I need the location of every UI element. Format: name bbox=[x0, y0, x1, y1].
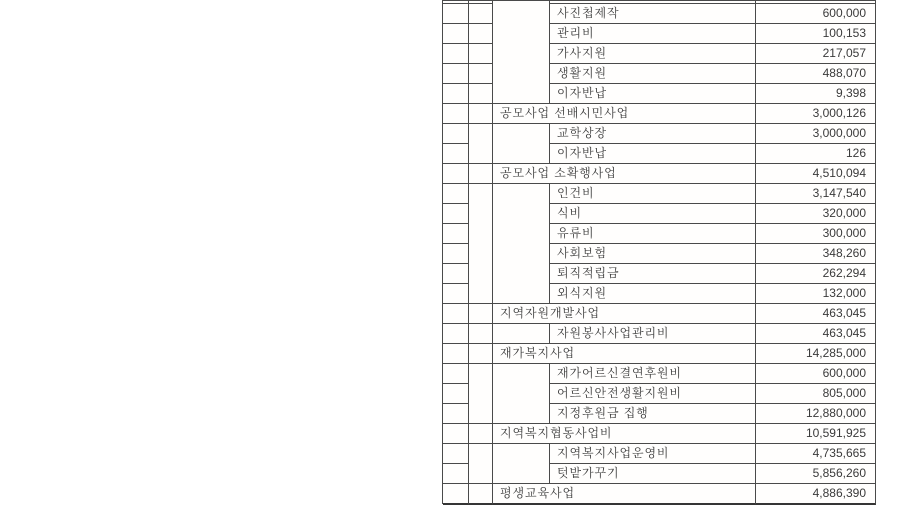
row-indent-cell-b bbox=[469, 164, 493, 184]
row-indent-cell-b bbox=[469, 144, 493, 164]
row-indent-cell-a bbox=[443, 464, 469, 484]
table-row: 어르신안전생활지원비805,000 bbox=[443, 384, 876, 404]
amount-cell: 9,398 bbox=[756, 84, 876, 104]
row-indent-cell-b bbox=[469, 204, 493, 224]
row-indent-cell-a bbox=[443, 244, 469, 264]
row-indent-cell-b bbox=[469, 84, 493, 104]
row-indent-cell-c bbox=[493, 324, 550, 344]
row-indent-cell-c bbox=[493, 44, 550, 64]
item-name-cell: 이자반납 bbox=[550, 84, 756, 104]
item-name-cell: 교학상장 bbox=[550, 124, 756, 144]
amount-cell: 320,000 bbox=[756, 204, 876, 224]
item-name-cell: 지정후원금 집행 bbox=[550, 404, 756, 424]
category-name-cell: 평생교육사업 bbox=[493, 484, 756, 505]
row-indent-cell-a bbox=[443, 484, 469, 505]
table-row: 이자반납126 bbox=[443, 144, 876, 164]
row-indent-cell-b bbox=[469, 344, 493, 364]
amount-cell: 5,856,260 bbox=[756, 464, 876, 484]
amount-cell: 300,000 bbox=[756, 224, 876, 244]
row-indent-cell-a bbox=[443, 264, 469, 284]
amount-cell: 3,000,000 bbox=[756, 124, 876, 144]
row-indent-cell-a bbox=[443, 404, 469, 424]
row-indent-cell-c bbox=[493, 224, 550, 244]
row-indent-cell-b bbox=[469, 364, 493, 384]
row-indent-cell-a bbox=[443, 384, 469, 404]
row-indent-cell-a bbox=[443, 424, 469, 444]
row-indent-cell-c bbox=[493, 144, 550, 164]
row-indent-cell-c bbox=[493, 384, 550, 404]
item-name-cell: 지역복지사업운영비 bbox=[550, 444, 756, 464]
budget-ledger-table: 사진첩제작600,000관리비100,153가사지원217,057생활지원488… bbox=[442, 0, 876, 504]
row-indent-cell-c bbox=[493, 84, 550, 104]
table-row: 식비320,000 bbox=[443, 204, 876, 224]
row-indent-cell-c bbox=[493, 4, 550, 24]
table-row: 사진첩제작600,000 bbox=[443, 4, 876, 24]
table-row: 유류비300,000 bbox=[443, 224, 876, 244]
row-indent-cell-b bbox=[469, 404, 493, 424]
row-indent-cell-a bbox=[443, 44, 469, 64]
row-indent-cell-b bbox=[469, 44, 493, 64]
amount-cell: 805,000 bbox=[756, 384, 876, 404]
item-name-cell: 관리비 bbox=[550, 24, 756, 44]
row-indent-cell-c bbox=[493, 284, 550, 304]
table-row: 관리비100,153 bbox=[443, 24, 876, 44]
amount-cell: 217,057 bbox=[756, 44, 876, 64]
table-row: 가사지원217,057 bbox=[443, 44, 876, 64]
table-row: 공모사업 소확행사업4,510,094 bbox=[443, 164, 876, 184]
category-name-cell: 지역복지협동사업비 bbox=[493, 424, 756, 444]
table-row: 지역복지협동사업비10,591,925 bbox=[443, 424, 876, 444]
amount-cell: 4,510,094 bbox=[756, 164, 876, 184]
table-row: 이자반납9,398 bbox=[443, 84, 876, 104]
row-indent-cell-b bbox=[469, 484, 493, 505]
row-indent-cell-a bbox=[443, 84, 469, 104]
table-row: 외식지원132,000 bbox=[443, 284, 876, 304]
table-row: 지역복지사업운영비4,735,665 bbox=[443, 444, 876, 464]
row-indent-cell-b bbox=[469, 464, 493, 484]
row-indent-cell-a bbox=[443, 284, 469, 304]
row-indent-cell-c bbox=[493, 404, 550, 424]
amount-cell: 463,045 bbox=[756, 304, 876, 324]
item-name-cell: 가사지원 bbox=[550, 44, 756, 64]
amount-cell: 126 bbox=[756, 144, 876, 164]
row-indent-cell-a bbox=[443, 364, 469, 384]
item-name-cell: 유류비 bbox=[550, 224, 756, 244]
row-indent-cell-a bbox=[443, 444, 469, 464]
row-indent-cell-b bbox=[469, 124, 493, 144]
row-indent-cell-b bbox=[469, 224, 493, 244]
item-name-cell: 이자반납 bbox=[550, 144, 756, 164]
row-indent-cell-c bbox=[493, 244, 550, 264]
amount-cell: 600,000 bbox=[756, 364, 876, 384]
row-indent-cell-c bbox=[493, 444, 550, 464]
amount-cell: 4,735,665 bbox=[756, 444, 876, 464]
row-indent-cell-a bbox=[443, 104, 469, 124]
row-indent-cell-b bbox=[469, 104, 493, 124]
row-indent-cell-b bbox=[469, 384, 493, 404]
amount-cell: 600,000 bbox=[756, 4, 876, 24]
row-indent-cell-a bbox=[443, 124, 469, 144]
category-name-cell: 지역자원개발사업 bbox=[493, 304, 756, 324]
amount-cell: 132,000 bbox=[756, 284, 876, 304]
item-name-cell: 사진첩제작 bbox=[550, 4, 756, 24]
row-indent-cell-c bbox=[493, 24, 550, 44]
row-indent-cell-a bbox=[443, 4, 469, 24]
scanned-document-page: 사진첩제작600,000관리비100,153가사지원217,057생활지원488… bbox=[0, 0, 920, 510]
amount-cell: 14,285,000 bbox=[756, 344, 876, 364]
item-name-cell: 외식지원 bbox=[550, 284, 756, 304]
row-indent-cell-c bbox=[493, 364, 550, 384]
item-name-cell: 퇴직적립금 bbox=[550, 264, 756, 284]
row-indent-cell-c bbox=[493, 64, 550, 84]
amount-cell: 3,147,540 bbox=[756, 184, 876, 204]
table-row: 자원봉사사업관리비463,045 bbox=[443, 324, 876, 344]
table-row: 공모사업 선배시민사업3,000,126 bbox=[443, 104, 876, 124]
item-name-cell: 식비 bbox=[550, 204, 756, 224]
row-indent-cell-c bbox=[493, 464, 550, 484]
row-indent-cell-b bbox=[469, 4, 493, 24]
row-indent-cell-a bbox=[443, 164, 469, 184]
table-row: 평생교육사업4,886,390 bbox=[443, 484, 876, 505]
item-name-cell: 텃밭가꾸기 bbox=[550, 464, 756, 484]
item-name-cell: 사회보험 bbox=[550, 244, 756, 264]
item-name-cell: 생활지원 bbox=[550, 64, 756, 84]
item-name-cell: 재가어르신결연후원비 bbox=[550, 364, 756, 384]
item-name-cell: 자원봉사사업관리비 bbox=[550, 324, 756, 344]
row-indent-cell-a bbox=[443, 344, 469, 364]
category-name-cell: 공모사업 소확행사업 bbox=[493, 164, 756, 184]
row-indent-cell-b bbox=[469, 184, 493, 204]
row-indent-cell-c bbox=[493, 184, 550, 204]
row-indent-cell-b bbox=[469, 244, 493, 264]
row-indent-cell-a bbox=[443, 184, 469, 204]
amount-cell: 10,591,925 bbox=[756, 424, 876, 444]
item-name-cell: 어르신안전생활지원비 bbox=[550, 384, 756, 404]
row-indent-cell-b bbox=[469, 264, 493, 284]
row-indent-cell-b bbox=[469, 324, 493, 344]
row-indent-cell-a bbox=[443, 324, 469, 344]
row-indent-cell-a bbox=[443, 64, 469, 84]
row-indent-cell-c bbox=[493, 124, 550, 144]
table-row: 재가복지사업14,285,000 bbox=[443, 344, 876, 364]
row-indent-cell-c bbox=[493, 264, 550, 284]
row-indent-cell-a bbox=[443, 304, 469, 324]
table-row: 교학상장3,000,000 bbox=[443, 124, 876, 144]
amount-cell: 348,260 bbox=[756, 244, 876, 264]
table-row: 지정후원금 집행12,880,000 bbox=[443, 404, 876, 424]
amount-cell: 100,153 bbox=[756, 24, 876, 44]
row-indent-cell-a bbox=[443, 24, 469, 44]
row-indent-cell-a bbox=[443, 204, 469, 224]
amount-cell: 488,070 bbox=[756, 64, 876, 84]
row-indent-cell-b bbox=[469, 304, 493, 324]
table-row: 생활지원488,070 bbox=[443, 64, 876, 84]
amount-cell: 262,294 bbox=[756, 264, 876, 284]
row-indent-cell-b bbox=[469, 284, 493, 304]
row-indent-cell-b bbox=[469, 444, 493, 464]
table-row: 지역자원개발사업463,045 bbox=[443, 304, 876, 324]
row-indent-cell-b bbox=[469, 24, 493, 44]
row-indent-cell-b bbox=[469, 64, 493, 84]
table-row: 사회보험348,260 bbox=[443, 244, 876, 264]
table-row: 재가어르신결연후원비600,000 bbox=[443, 364, 876, 384]
row-indent-cell-b bbox=[469, 424, 493, 444]
row-indent-cell-a bbox=[443, 144, 469, 164]
amount-cell: 463,045 bbox=[756, 324, 876, 344]
category-name-cell: 공모사업 선배시민사업 bbox=[493, 104, 756, 124]
amount-cell: 12,880,000 bbox=[756, 404, 876, 424]
table-row: 퇴직적립금262,294 bbox=[443, 264, 876, 284]
row-indent-cell-c bbox=[493, 204, 550, 224]
table-row: 텃밭가꾸기5,856,260 bbox=[443, 464, 876, 484]
row-indent-cell-a bbox=[443, 224, 469, 244]
table-row: 인건비3,147,540 bbox=[443, 184, 876, 204]
category-name-cell: 재가복지사업 bbox=[493, 344, 756, 364]
amount-cell: 3,000,126 bbox=[756, 104, 876, 124]
item-name-cell: 인건비 bbox=[550, 184, 756, 204]
amount-cell: 4,886,390 bbox=[756, 484, 876, 505]
